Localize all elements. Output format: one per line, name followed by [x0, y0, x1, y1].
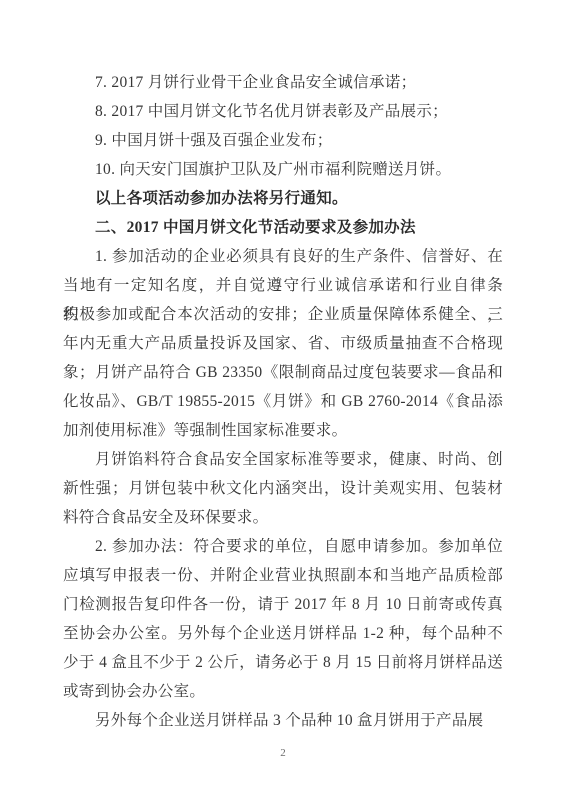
text-line: 以上各项活动参加办法将另行通知。 [63, 184, 503, 213]
text-line: 象；月饼产品符合 GB 23350《限制商品过度包装要求—食品和 [63, 358, 503, 387]
text-line: 10. 向天安门国旗护卫队及广州市福利院赠送月饼。 [63, 155, 503, 184]
text-line: 8. 2017 中国月饼文化节名优月饼表彰及产品展示； [63, 97, 503, 126]
text-line: 当地有一定知名度，并自觉遵守行业诚信承诺和行业自律条约， [63, 271, 503, 300]
text-line: 月饼馅料符合食品安全国家标准等要求，健康、时尚、创 [63, 445, 503, 474]
text-line: 料符合食品安全及环保要求。 [63, 503, 503, 532]
text-line: 9. 中国月饼十强及百强企业发布； [63, 126, 503, 155]
text-line: 二、2017 中国月饼文化节活动要求及参加办法 [63, 213, 503, 242]
text-line: 至协会办公室。另外每个企业送月饼样品 1-2 种，每个品种不 [63, 619, 503, 648]
text-line: 或寄到协会办公室。 [63, 677, 503, 706]
document-body: 7. 2017 月饼行业骨干企业食品安全诚信承诺；8. 2017 中国月饼文化节… [63, 68, 503, 735]
text-line: 应填写申报表一份、并附企业营业执照副本和当地产品质检部 [63, 561, 503, 590]
text-line: 7. 2017 月饼行业骨干企业食品安全诚信承诺； [63, 68, 503, 97]
text-line: 积极参加或配合本次活动的安排；企业质量保障体系健全、三 [63, 300, 503, 329]
page-number: 2 [0, 747, 566, 759]
text-line: 少于 4 盒且不少于 2 公斤，请务必于 8 月 15 日前将月饼样品送 [63, 648, 503, 677]
text-line: 加剂使用标准》等强制性国家标准要求。 [63, 416, 503, 445]
text-line: 1. 参加活动的企业必须具有良好的生产条件、信誉好、在 [63, 242, 503, 271]
text-line: 新性强；月饼包装中秋文化内涵突出，设计美观实用、包装材 [63, 474, 503, 503]
text-line: 门检测报告复印件各一份，请于 2017 年 8 月 10 日前寄或传真 [63, 590, 503, 619]
text-line: 化妆品》、GB/T 19855-2015《月饼》和 GB 2760-2014《食… [63, 387, 503, 416]
document-page: 7. 2017 月饼行业骨干企业食品安全诚信承诺；8. 2017 中国月饼文化节… [0, 0, 566, 800]
text-line: 2. 参加办法：符合要求的单位，自愿申请参加。参加单位 [63, 532, 503, 561]
text-line: 年内无重大产品质量投诉及国家、省、市级质量抽查不合格现 [63, 329, 503, 358]
text-line: 另外每个企业送月饼样品 3 个品种 10 盒月饼用于产品展 [63, 706, 503, 735]
